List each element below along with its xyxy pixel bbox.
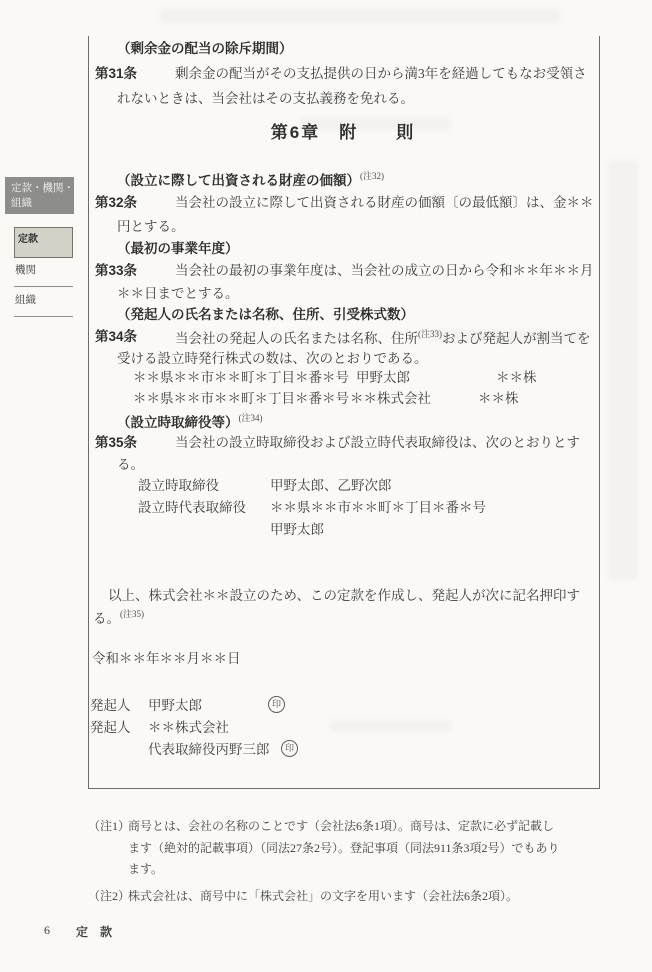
article34-body-cont: 受ける設立時発行株式の数は、次のとおりである。 — [117, 352, 428, 366]
chapter-tab-label: 定款・機関・組織 — [11, 182, 74, 209]
article33-number: 第33条 — [95, 264, 137, 278]
promoter-shares: ＊＊株 — [496, 371, 537, 385]
signer-role: 発起人 — [90, 699, 131, 713]
footnote-1-cont: ます（絶対的記載事項）（同法27条2号）。登記事項（同法911条3項2号）でもあ… — [128, 842, 560, 854]
article32-caption: （設立に際して出資される財産の価額）(注32) — [117, 172, 384, 188]
signer-name: 甲野太郎 — [148, 699, 202, 713]
sidebar-divider — [14, 286, 73, 287]
scanned-book-page: 定款・機関・組織 定款 機関 組織 （剰余金の配当の除斥期間） 第31条 剰余金… — [0, 0, 652, 972]
article31-body: 剰余金の配当がその支払提供の日から満3年を経過してもなお受領さ — [175, 67, 587, 81]
article33-caption: （最初の事業年度） — [117, 242, 239, 256]
article34-body-b: および発起人が割当てを — [442, 331, 591, 346]
sidebar-item-label: 定款 — [15, 228, 72, 245]
promoter-name: ＊＊株式会社 — [350, 392, 431, 406]
document-date: 令和＊＊年＊＊月＊＊日 — [92, 652, 241, 666]
article32-body-cont: 円とする。 — [117, 220, 185, 234]
closing-text: る。 — [93, 611, 120, 626]
footnote-ref-32: (注32) — [360, 171, 384, 181]
page-number: 6 — [44, 923, 50, 938]
article31-caption: （剰余金の配当の除斥期間） — [117, 42, 293, 56]
article31-number: 第31条 — [95, 67, 137, 81]
article34-caption: （発起人の氏名または名称、住所、引受株式数） — [117, 308, 414, 322]
footnote-text: 株式会社は、商号中に「株式会社」の文字を用います（会社法6条2項）。 — [128, 890, 518, 902]
officer-title: 設立時取締役 — [138, 479, 219, 493]
article33-body-cont: ＊＊日までとする。 — [117, 287, 239, 301]
footnote-ref-35: (注35) — [120, 609, 144, 619]
footnote-label: （注1） — [88, 820, 130, 832]
footnote-text: 商号とは、会社の名称のことです（会社法6条1項）。商号は、定款に必ず記載し — [128, 820, 554, 832]
officer-value-cont: 甲野太郎 — [270, 523, 324, 537]
article32-body: 当会社の設立に際して出資される財産の価額〔の最低額〕は、金＊＊ — [175, 196, 594, 210]
chapter-tab: 定款・機関・組織 — [5, 177, 74, 214]
signer-name: ＊＊株式会社 — [148, 721, 229, 735]
footnote-ref-33: (注33) — [418, 329, 442, 339]
page-bleed-artifact — [160, 8, 560, 24]
signer-name: 代表取締役丙野三郎 — [148, 743, 270, 757]
closing-sentence-cont: る。(注35) — [93, 610, 144, 626]
article34-body: 当会社の発起人の氏名または名称、住所(注33)および発起人が割当てを — [175, 330, 591, 346]
seal-icon: 印 — [281, 740, 298, 757]
article35-number: 第35条 — [95, 436, 137, 450]
officer-title: 設立時代表取締役 — [138, 501, 246, 515]
signer-role: 発起人 — [90, 721, 131, 735]
article35-body: 当会社の設立時取締役および設立時代表取締役は、次のとおりとす — [175, 436, 580, 450]
footnote-label: （注2） — [88, 890, 130, 902]
page-bleed-artifact — [608, 160, 638, 580]
seal-icon: 印 — [268, 696, 285, 713]
promoter-shares: ＊＊株 — [478, 392, 519, 406]
article31-body-cont: れないときは、当会社はその支払義務を免れる。 — [117, 92, 414, 106]
article35-caption: （設立時取締役等）(注34) — [117, 414, 263, 430]
officer-value: ＊＊県＊＊市＊＊町＊丁目＊番＊号 — [270, 501, 486, 515]
sidebar-item-teikan-active: 定款 — [14, 227, 73, 258]
promoter-address: ＊＊県＊＊市＊＊町＊丁目＊番＊号 — [133, 371, 349, 385]
chapter6-heading: 第6章 附 則 — [88, 124, 598, 141]
article32-number: 第32条 — [95, 196, 137, 210]
closing-sentence: 以上、株式会社＊＊設立のため、この定款を作成し、発起人が次に記名押印す — [108, 589, 580, 603]
article34-body-a: 当会社の発起人の氏名または名称、住所 — [175, 331, 418, 346]
officer-value: 甲野太郎、乙野次郎 — [270, 479, 392, 493]
sidebar-divider — [14, 316, 73, 317]
article35-body-cont: る。 — [117, 458, 144, 472]
article32-caption-text: （設立に際して出資される財産の価額） — [117, 173, 360, 188]
promoter-name: 甲野太郎 — [356, 371, 410, 385]
footnote-1-cont: ます。 — [128, 863, 163, 875]
footnote-ref-34: (注34) — [239, 413, 263, 423]
footer-section-title: 定 款 — [76, 923, 112, 940]
model-document-frame — [88, 36, 600, 789]
promoter-address: ＊＊県＊＊市＊＊町＊丁目＊番＊号 — [133, 392, 349, 406]
sidebar-item-kikan: 機関 — [15, 262, 36, 277]
article33-body: 当会社の最初の事業年度は、当会社の成立の日から令和＊＊年＊＊月 — [175, 264, 594, 278]
article35-caption-text: （設立時取締役等） — [117, 415, 239, 430]
sidebar-item-soshiki: 組織 — [15, 292, 36, 307]
article34-number: 第34条 — [95, 330, 137, 344]
